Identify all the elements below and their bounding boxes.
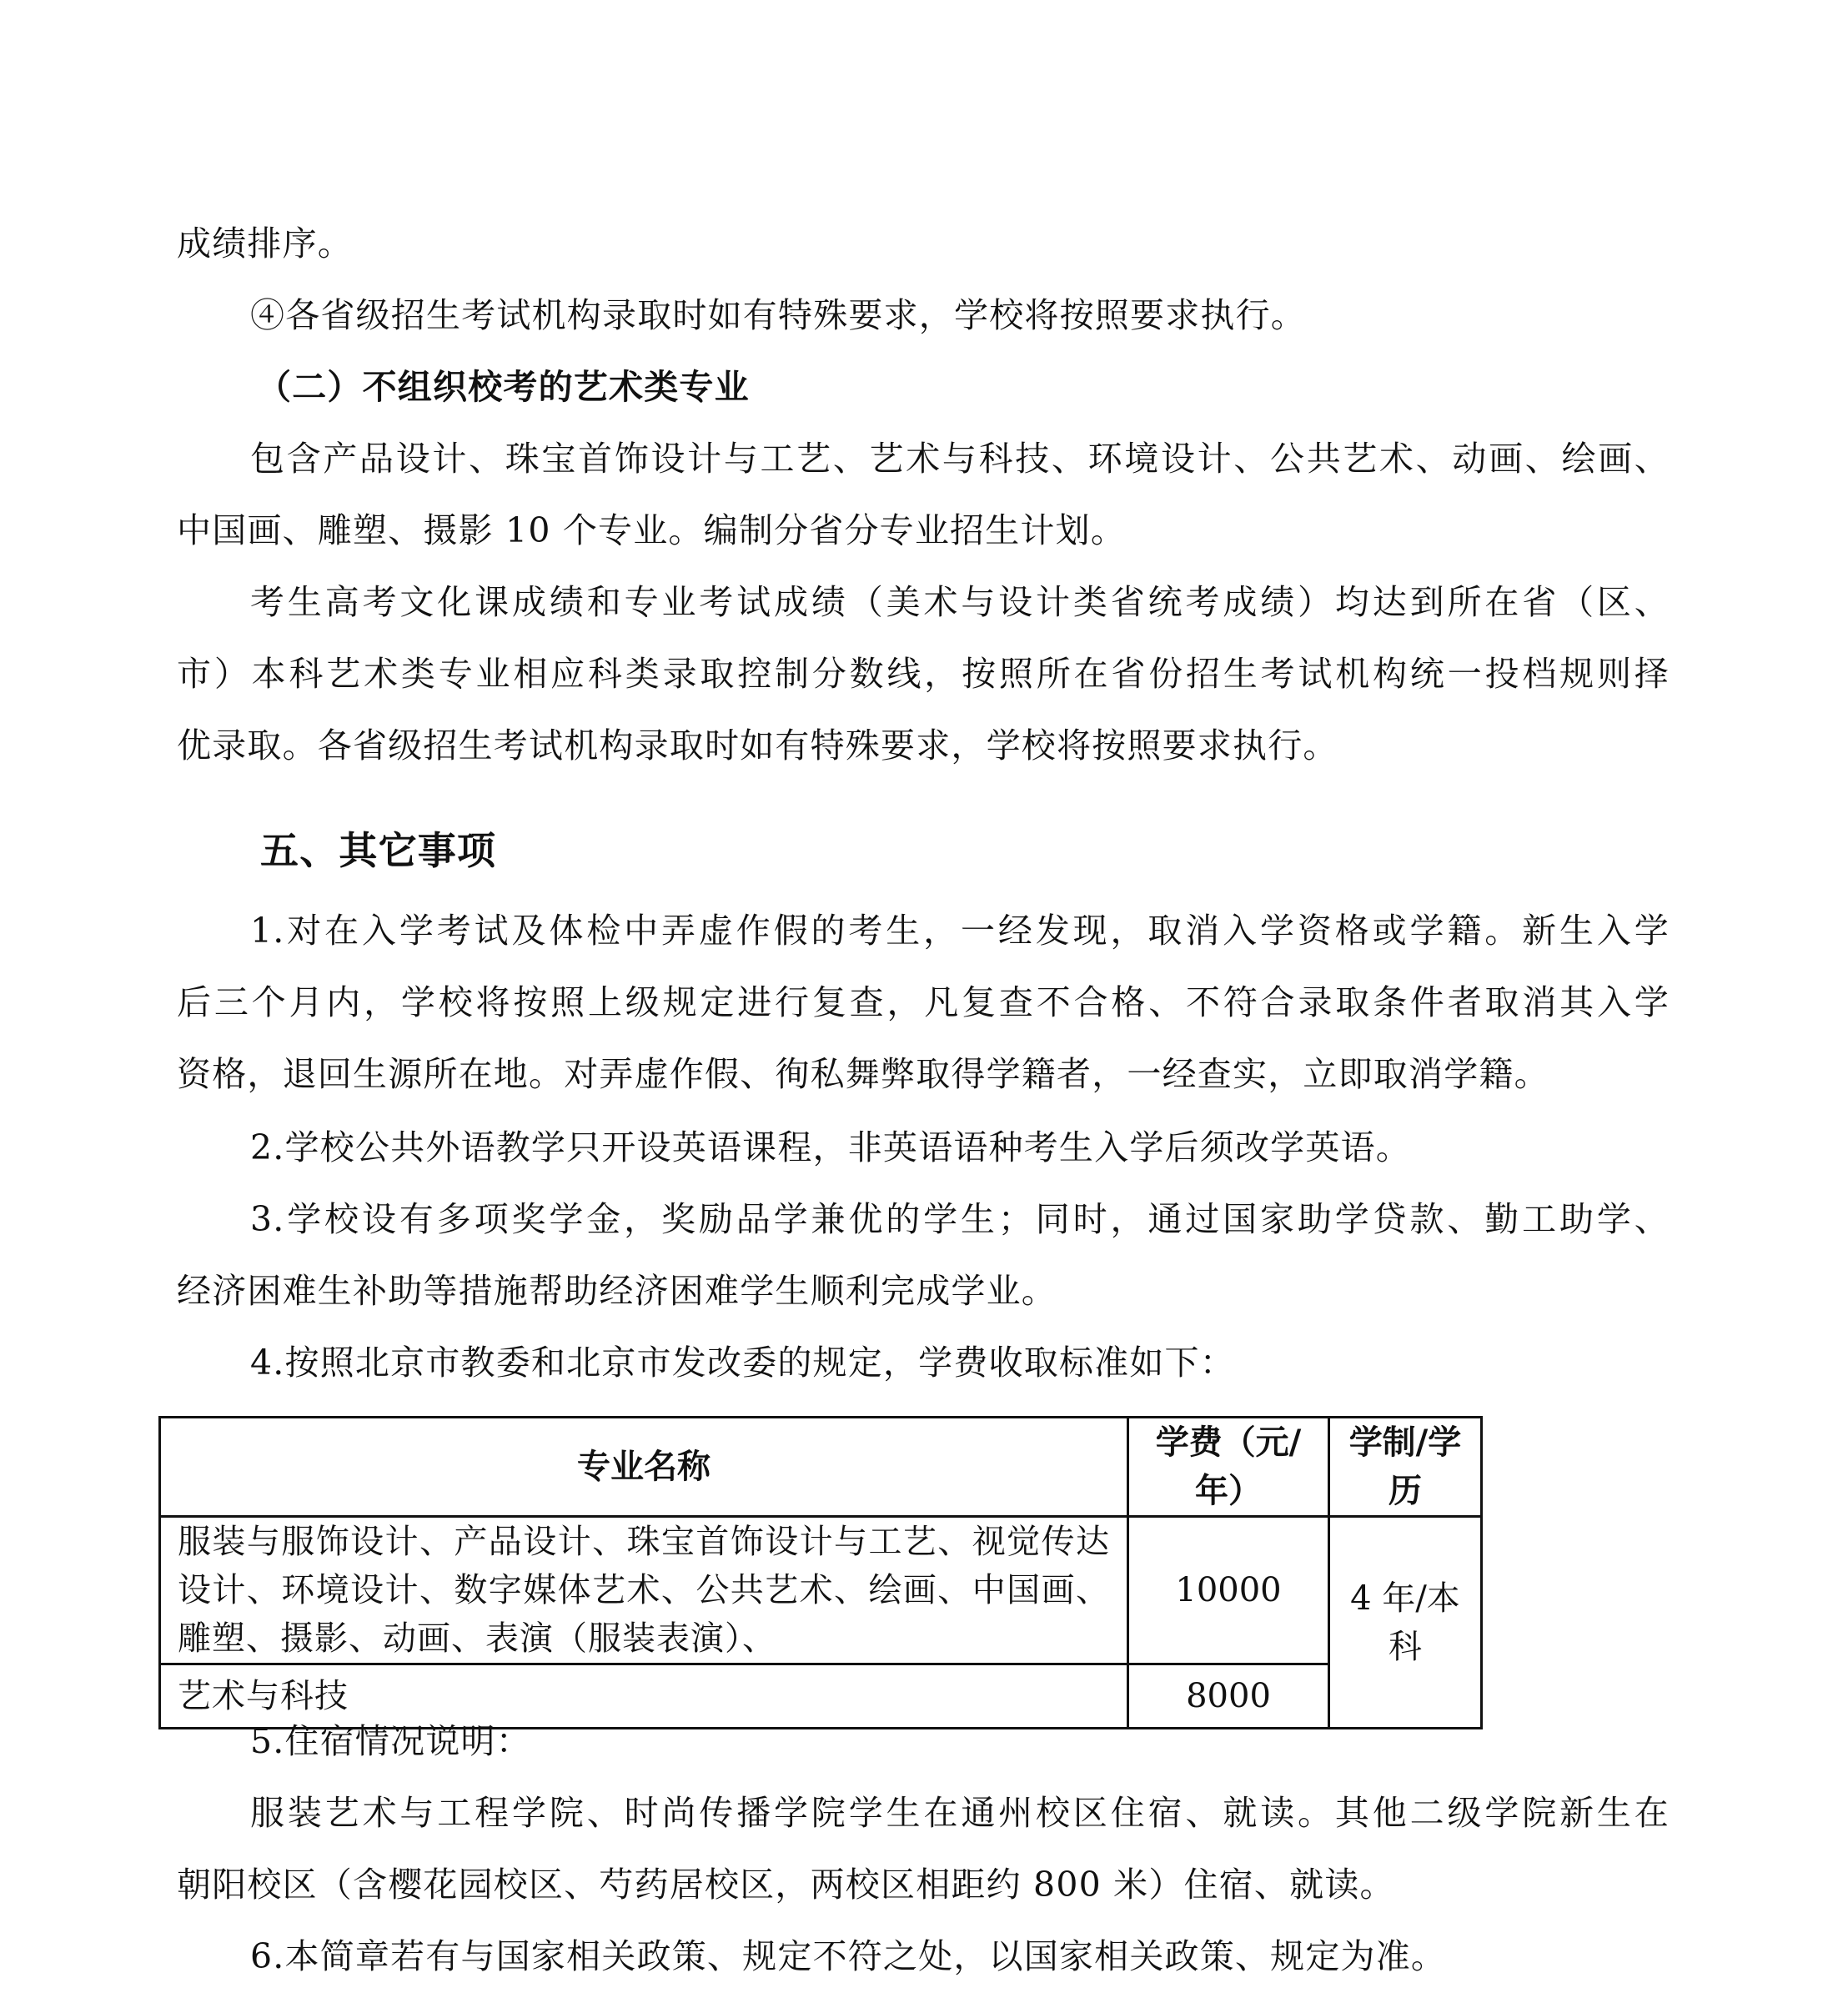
item-1-line-1: 1.对在入学考试及体检中弄虚作假的考生，一经发现，取消入学资格或学籍。新生入学 bbox=[177, 906, 1670, 956]
section-2-heading: （二）不组织校考的艺术类专业 bbox=[177, 362, 1670, 412]
cell-fee: 10000 bbox=[1128, 1517, 1329, 1664]
cell-duration-degree: 4 年/本科 bbox=[1329, 1517, 1482, 1729]
item-5-line-1: 服装艺术与工程学院、时尚传播学院学生在通州校区住宿、就读。其他二级学院新生在 bbox=[177, 1788, 1670, 1838]
cell-fee: 8000 bbox=[1128, 1664, 1329, 1729]
section-5-heading: 五、其它事项 bbox=[177, 826, 1670, 876]
item-4: 4.按照北京市教委和北京市发改委的规定，学费收取标准如下： bbox=[177, 1338, 1670, 1388]
paragraph-admission-line-3: 优录取。各省级招生考试机构录取时如有特殊要求，学校将按照要求执行。 bbox=[177, 720, 1670, 771]
paragraph-item-4: ④各省级招生考试机构录取时如有特殊要求，学校将按照要求执行。 bbox=[177, 290, 1670, 340]
table-row: 艺术与科技 8000 bbox=[160, 1664, 1482, 1729]
item-6: 6.本简章若有与国家相关政策、规定不符之处，以国家相关政策、规定为准。 bbox=[177, 1931, 1670, 1981]
table-row: 服装与服饰设计、产品设计、珠宝首饰设计与工艺、视觉传达设计、环境设计、数字媒体艺… bbox=[160, 1517, 1482, 1664]
cell-major-list: 服装与服饰设计、产品设计、珠宝首饰设计与工艺、视觉传达设计、环境设计、数字媒体艺… bbox=[160, 1517, 1128, 1664]
header-major-name: 专业名称 bbox=[160, 1418, 1128, 1517]
item-3-line-2: 经济困难生补助等措施帮助经济困难学生顺利完成学业。 bbox=[177, 1266, 1670, 1316]
item-5-line-2: 朝阳校区（含樱花园校区、芍药居校区，两校区相距约 800 米）住宿、就读。 bbox=[177, 1860, 1670, 1910]
paragraph-majors-line-2: 中国画、雕塑、摄影 10 个专业。编制分省分专业招生计划。 bbox=[177, 505, 1670, 555]
item-1-line-2: 后三个月内，学校将按照上级规定进行复查，凡复查不合格、不符合录取条件者取消其入学 bbox=[177, 977, 1670, 1027]
header-duration-degree: 学制/学历 bbox=[1329, 1418, 1482, 1517]
paragraph-admission-line-2: 市）本科艺术类专业相应科类录取控制分数线，按照所在省份招生考试机构统一投档规则择 bbox=[177, 649, 1670, 699]
tuition-fee-table: 专业名称 学费（元/年） 学制/学历 服装与服饰设计、产品设计、珠宝首饰设计与工… bbox=[158, 1416, 1483, 1729]
paragraph-ranking-end: 成绩排序。 bbox=[177, 218, 1670, 269]
header-tuition: 学费（元/年） bbox=[1128, 1418, 1329, 1517]
item-3-line-1: 3.学校设有多项奖学金，奖励品学兼优的学生；同时，通过国家助学贷款、勤工助学、 bbox=[177, 1194, 1670, 1244]
paragraph-admission-line-1: 考生高考文化课成绩和专业考试成绩（美术与设计类省统考成绩）均达到所在省（区、 bbox=[177, 577, 1670, 627]
table-header-row: 专业名称 学费（元/年） 学制/学历 bbox=[160, 1418, 1482, 1517]
paragraph-majors-line-1: 包含产品设计、珠宝首饰设计与工艺、艺术与科技、环境设计、公共艺术、动画、绘画、 bbox=[177, 434, 1670, 484]
item-2: 2.学校公共外语教学只开设英语课程，非英语语种考生入学后须改学英语。 bbox=[177, 1122, 1670, 1172]
item-1-line-3: 资格，退回生源所在地。对弄虚作假、徇私舞弊取得学籍者，一经查实，立即取消学籍。 bbox=[177, 1049, 1670, 1099]
cell-major-list: 艺术与科技 bbox=[160, 1664, 1128, 1729]
